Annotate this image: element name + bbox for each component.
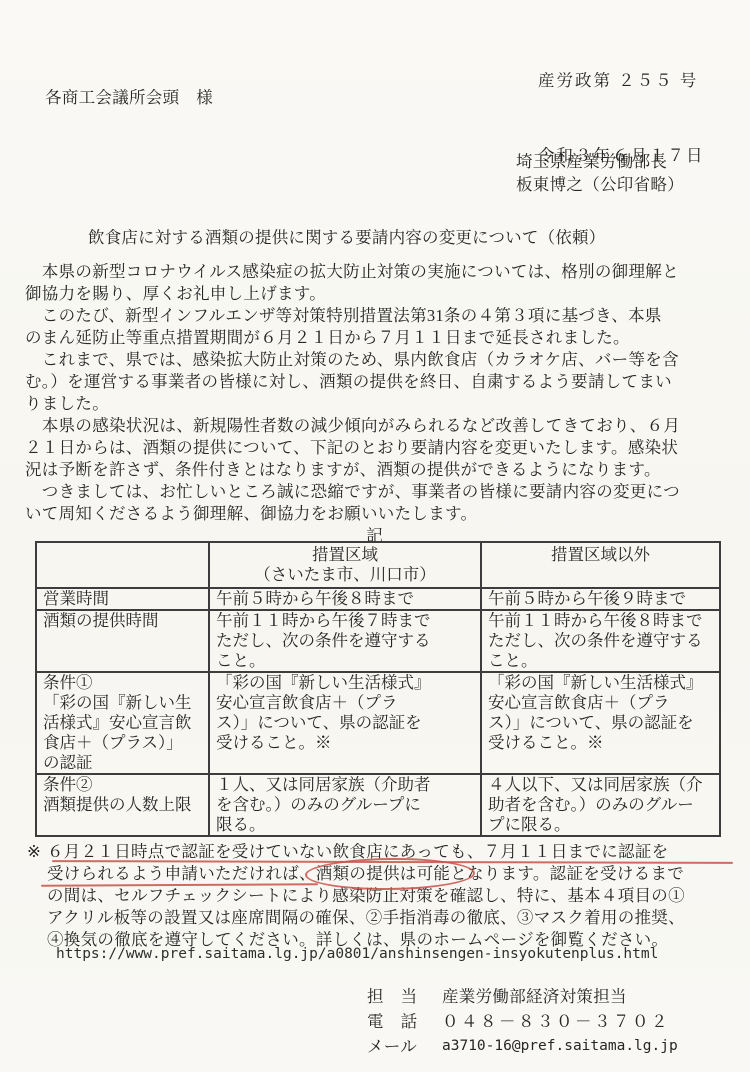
header-blank-cell — [36, 542, 209, 588]
letter-body: 本県の新型コロナウイルス感染症の拡大防止対策の実施については、格別の御理解と 御… — [25, 261, 733, 525]
contact-row-mail: メール a3710-16@pref.saitama.lg.jp — [367, 1034, 678, 1059]
row-label: 酒類の提供時間 — [36, 610, 209, 672]
reference-url: https://www.pref.saitama.lg.jp/a0801/ans… — [56, 946, 658, 962]
row-label: 営業時間 — [36, 588, 209, 610]
measures-table: 措置区域 （さいたま市、川口市） 措置区域以外 営業時間 午前５時から午後８時ま… — [35, 541, 721, 837]
sender-name: 板東博之（公印省略） — [516, 173, 684, 196]
zone-value: 「彩の国『新しい生活様式』 安心宣言飲食店＋（プラ ス）」について、県の認証を … — [209, 672, 481, 774]
recipient-line: 各商工会議所会頭 様 — [45, 84, 213, 108]
document-number: 産労政第 ２５５ 号 — [538, 68, 705, 93]
body-paragraph-5: つきましては、お忙しいところ誠に恐縮ですが、事業者の皆様に要請内容の変更につ い… — [25, 481, 733, 525]
outside-value: 午前１１時から午後８時まで ただし、次の条件を遵守する こと。 — [481, 610, 720, 672]
contact-row-department: 担 当 産業労働部経済対策担当 — [367, 984, 678, 1009]
zone-value: 午前５時から午後８時まで — [209, 588, 481, 610]
zone-value: 午前１１時から午後７時まで ただし、次の条件を遵守する こと。 — [209, 610, 481, 672]
subject-line: 飲食店に対する酒類の提供に関する要請内容の変更について（依頼） — [88, 224, 605, 248]
contact-label: メール — [367, 1034, 431, 1059]
outside-value: ４人以下、又は同居家族（介 助者を含む。）のみのグルー プに限る。 — [481, 774, 720, 836]
body-paragraph-4: 本県の感染状況は、新規陽性者数の減少傾向がみられるなど改善してきており、６月 ２… — [25, 415, 733, 481]
table-row-condition-1: 条件① 「彩の国『新しい生 活様式』安心宣言飲 食店＋（プラス）」 の認証 「彩… — [36, 672, 720, 774]
contact-department: 産業労働部経済対策担当 — [442, 984, 627, 1009]
table-row-alcohol-hours: 酒類の提供時間 午前１１時から午後７時まで ただし、次の条件を遵守する こと。 … — [36, 610, 720, 672]
contact-phone: ０４８－８３０－３７０２ — [442, 1009, 670, 1034]
contact-block: 担 当 産業労働部経済対策担当 電 話 ０４８－８３０－３７０２ メール a37… — [367, 984, 678, 1059]
body-paragraph-2: このたび、新型インフルエンザ等対策特別措置法第31条の４第３項に基づき、本県 の… — [25, 305, 733, 349]
zone-value: １人、又は同居家族（介助者 を含む。）のみのグループに 限る。 — [209, 774, 481, 836]
footnote-marker: ※ — [27, 841, 41, 863]
table-row-condition-2: 条件② 酒類提供の人数上限 １人、又は同居家族（介助者 を含む。）のみのグループ… — [36, 774, 720, 836]
sender-title: 埼玉県産業労働部長 — [516, 150, 684, 173]
body-paragraph-1: 本県の新型コロナウイルス感染症の拡大防止対策の実施については、格別の御理解と 御… — [25, 261, 733, 305]
table-row-business-hours: 営業時間 午前５時から午後８時まで 午前５時から午後９時まで — [36, 588, 720, 610]
contact-label: 電 話 — [367, 1009, 431, 1034]
contact-label: 担 当 — [367, 984, 431, 1009]
scanned-official-letter: 産労政第 ２５５ 号 令和３年６月１７日 各商工会議所会頭 様 埼玉県産業労働部… — [0, 0, 750, 1072]
sender-block: 埼玉県産業労働部長 板東博之（公印省略） — [516, 150, 684, 196]
contact-row-phone: 電 話 ０４８－８３０－３７０２ — [367, 1009, 678, 1034]
contact-email: a3710-16@pref.saitama.lg.jp — [442, 1034, 678, 1059]
header-outside-cell: 措置区域以外 — [481, 542, 720, 588]
row-label: 条件① 「彩の国『新しい生 活様式』安心宣言飲 食店＋（プラス）」 の認証 — [36, 672, 209, 774]
outside-value: 「彩の国『新しい生活様式』 安心宣言飲食店＋（プラ ス）」について、県の認証を … — [481, 672, 720, 774]
row-label: 条件② 酒類提供の人数上限 — [36, 774, 209, 836]
body-paragraph-3: これまで、県では、感染拡大防止対策のため、県内飲食店（カラオケ店、バー等を含 む… — [25, 349, 733, 415]
header-zone-cell: 措置区域 （さいたま市、川口市） — [209, 542, 481, 588]
outside-value: 午前５時から午後９時まで — [481, 588, 720, 610]
table-header-row: 措置区域 （さいたま市、川口市） 措置区域以外 — [36, 542, 720, 588]
